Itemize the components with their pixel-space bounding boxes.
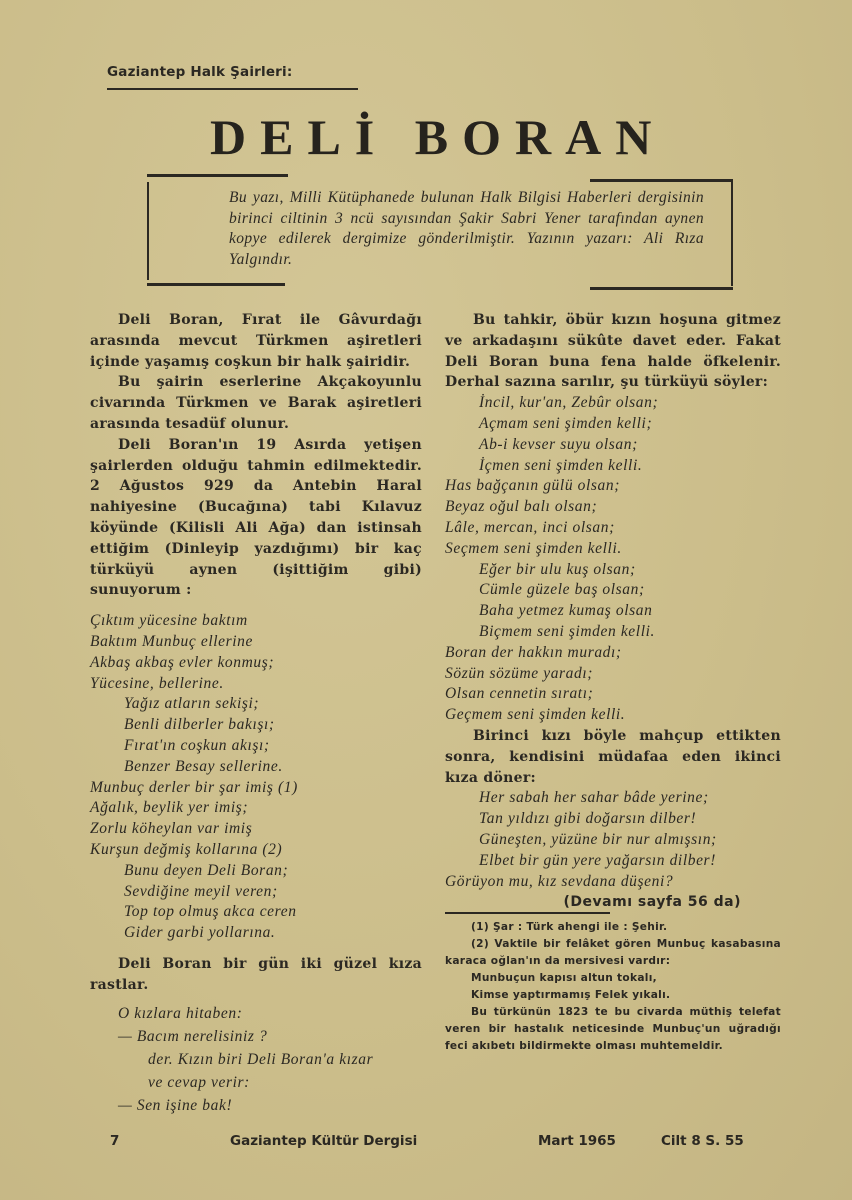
verse-line: Eğer bir ulu kuş olsan; [445,560,781,581]
verse-line: Bunu deyen Deli Boran; [90,861,422,882]
verse-line: Her sabah her sahar bâde yerine; [445,788,781,809]
page-title: DELİ BORAN [210,108,680,166]
verse-line: Biçmem seni şimden kelli. [445,622,781,643]
box-rule [731,182,733,286]
intro-text: Bu yazı, Milli Kütüphanede bulunan Halk … [229,188,704,270]
verse-line: Geçmem seni şimden kelli. [445,705,781,726]
footnotes: (1) Şar : Türk ahengi ile : Şehir. (2) V… [445,919,781,1055]
verse-line: Çıktım yücesine baktım [90,611,422,632]
dialog-line: — Bacım nerelisiniz ? [90,1025,422,1048]
verse-line: Elbet bir gün yere yağarsın dilber! [445,851,781,872]
box-rule [147,283,285,286]
footnote-quote: Munbuçun kapısı altun tokalı, [445,970,781,987]
verse-line: Lâle, mercan, inci olsan; [445,518,781,539]
verse-line: Fırat'ın coşkun akışı; [90,736,422,757]
issue-date: Mart 1965 [538,1133,616,1149]
footnote: Bu türkünün 1823 te bu civarda müthiş te… [445,1004,781,1055]
verse-line: Kurşun değmiş kollarına (2) [90,840,422,861]
verse-line: Benzer Besay sellerine. [90,757,422,778]
dialog-line: O kızlara hitaben: [90,1002,422,1025]
verse-line: Ağalık, beylik yer imiş; [90,798,422,819]
verse-line: Top top olmuş akca ceren [90,902,422,923]
verse-line: Has bağçanın gülü olsan; [445,476,781,497]
verse-line: Benli dilberler bakışı; [90,715,422,736]
verse-line: Sevdiğine meyil veren; [90,882,422,903]
paragraph: Birinci kızı böyle mahçup ettikten sonra… [445,726,781,788]
dialog-line: ve cevap verir: [90,1071,422,1094]
verse-line: Munbuç derler bir şar imiş (1) [90,778,422,799]
box-rule [147,174,288,177]
verse-line: Yağız atların sekişi; [90,694,422,715]
section-label: Gaziantep Halk Şairleri: [107,64,292,80]
verse-line: Gider garbi yollarına. [90,923,422,944]
paragraph: Deli Boran bir gün iki güzel kıza rastla… [90,954,422,996]
footnote-quote: Kimse yaptırmamış Felek yıkalı. [445,987,781,1004]
section-rule [107,88,358,90]
verse-line: Baha yetmez kumaş olsan [445,601,781,622]
verse-line: Görüyon mu, kız sevdana düşeni? [445,872,781,893]
verse-line: Sözün sözüme yaradı; [445,664,781,685]
verse-line: Tan yıldızı gibi doğarsın dilber! [445,809,781,830]
paragraph: Bu tahkir, öbür kızın hoşuna gitmez ve a… [445,310,781,393]
paragraph: Deli Boran, Fırat ile Gâvurdağı arasında… [90,310,422,372]
verse-line: İncil, kur'an, Zebûr olsan; [445,393,781,414]
verse-line: Baktım Munbuç ellerine [90,632,422,653]
verse-line: Akbaş akbaş evler konmuş; [90,653,422,674]
dialog-line: — Sen işine bak! [90,1094,422,1117]
paragraph: Deli Boran'ın 19 Asırda yetişen şairlerd… [90,435,422,601]
verse-line: Seçmem seni şimden kelli. [445,539,781,560]
verse-line: Yücesine, bellerine. [90,674,422,695]
footnote-rule [445,912,610,914]
verse-line: Beyaz oğul balı olsan; [445,497,781,518]
paragraph: Bu şairin eserlerine Akçakoyunlu civarın… [90,372,422,434]
continued-note: (Devamı sayfa 56 da) [445,892,781,912]
page-number: 7 [110,1133,119,1149]
poem: İncil, kur'an, Zebûr olsan; Açmam seni ş… [445,393,781,726]
poem: Çıktım yücesine baktım Baktım Munbuç ell… [90,611,422,944]
poem: Her sabah her sahar bâde yerine; Tan yıl… [445,788,781,892]
verse-line: Olsan cennetin sıratı; [445,684,781,705]
publication-name: Gaziantep Kültür Dergisi [230,1133,417,1149]
verse-line: Zorlu köheylan var imiş [90,819,422,840]
box-rule [590,287,733,290]
box-rule [147,182,149,280]
box-rule [590,179,733,182]
footnote: (1) Şar : Türk ahengi ile : Şehir. [445,919,781,936]
dialog: O kızlara hitaben: — Bacım nerelisiniz ?… [90,1002,422,1117]
dialog-line: der. Kızın biri Deli Boran'a kızar [90,1048,422,1071]
left-column: Deli Boran, Fırat ile Gâvurdağı arasında… [90,310,422,1117]
footnote: (2) Vaktile bir felâket gören Munbuç kas… [445,936,781,970]
verse-line: Cümle güzele baş olsan; [445,580,781,601]
verse-line: Ab-i kevser suyu olsan; [445,435,781,456]
volume-info: Cilt 8 S. 55 [661,1133,744,1149]
verse-line: Boran der hakkın muradı; [445,643,781,664]
verse-line: Açmam seni şimden kelli; [445,414,781,435]
right-column: Bu tahkir, öbür kızın hoşuna gitmez ve a… [445,310,781,1055]
intro-box: Bu yazı, Milli Kütüphanede bulunan Halk … [147,174,733,288]
verse-line: İçmen seni şimden kelli. [445,456,781,477]
verse-line: Güneşten, yüzüne bir nur almışsın; [445,830,781,851]
page-footer: 7 Gaziantep Kültür Dergisi Mart 1965 Cil… [108,1133,768,1153]
